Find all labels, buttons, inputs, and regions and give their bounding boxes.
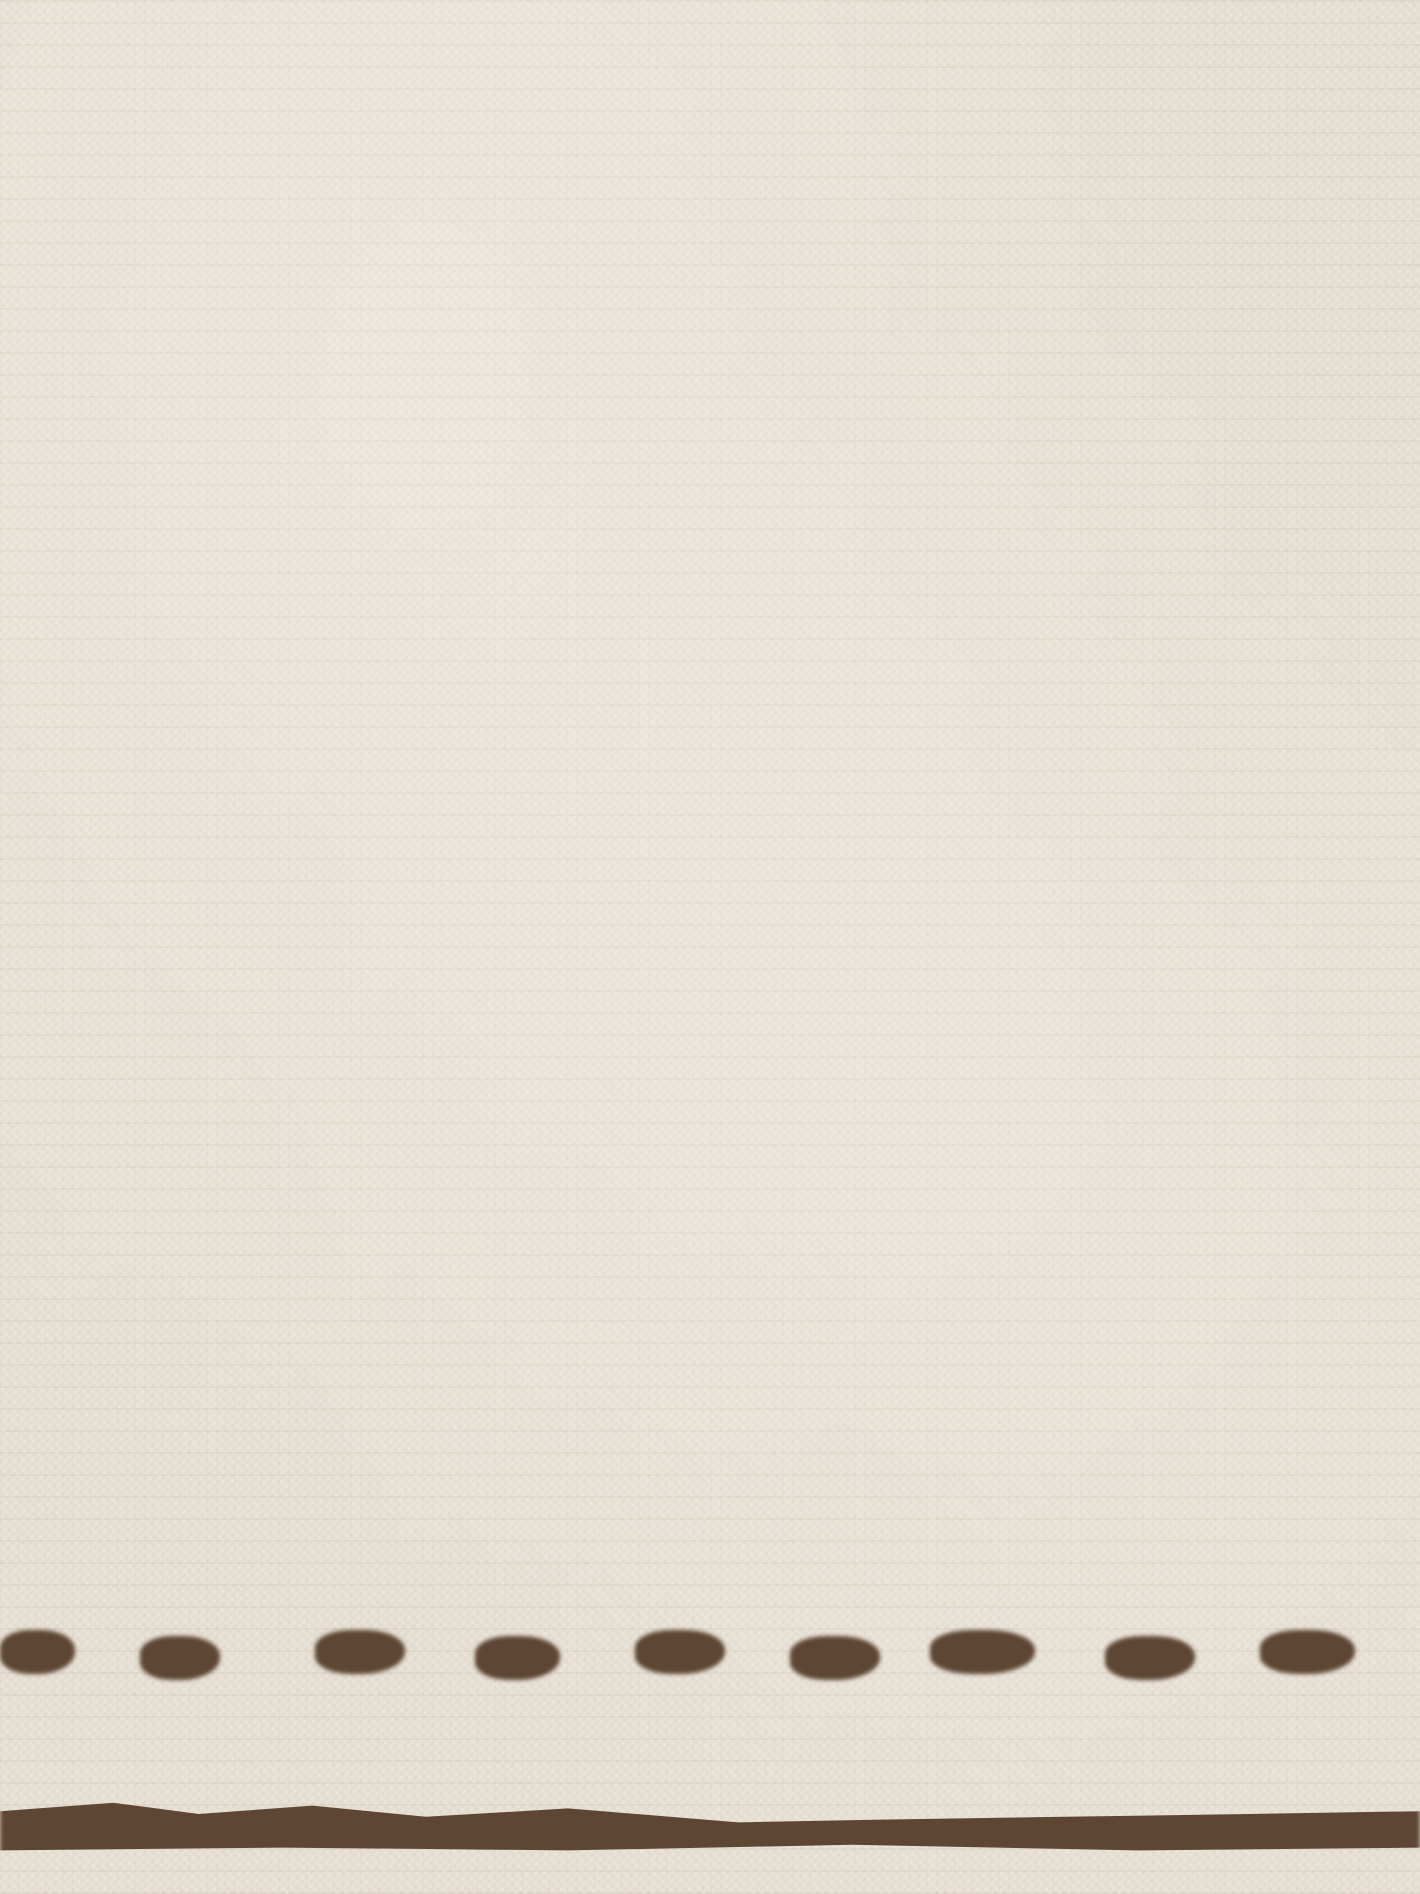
- rug-texture-photo: [0, 0, 1420, 1894]
- brown-dot: [475, 1636, 560, 1680]
- brown-dot: [0, 1630, 75, 1674]
- brown-dot: [930, 1630, 1035, 1674]
- brown-dot: [1105, 1636, 1195, 1680]
- brown-stripe: [0, 1800, 1420, 1856]
- brown-dot: [315, 1630, 405, 1674]
- brown-dot: [140, 1636, 220, 1680]
- brown-dot: [635, 1630, 725, 1674]
- brown-dot-row: [0, 1630, 1420, 1690]
- brown-dot: [1260, 1630, 1355, 1674]
- brown-dot: [790, 1636, 880, 1680]
